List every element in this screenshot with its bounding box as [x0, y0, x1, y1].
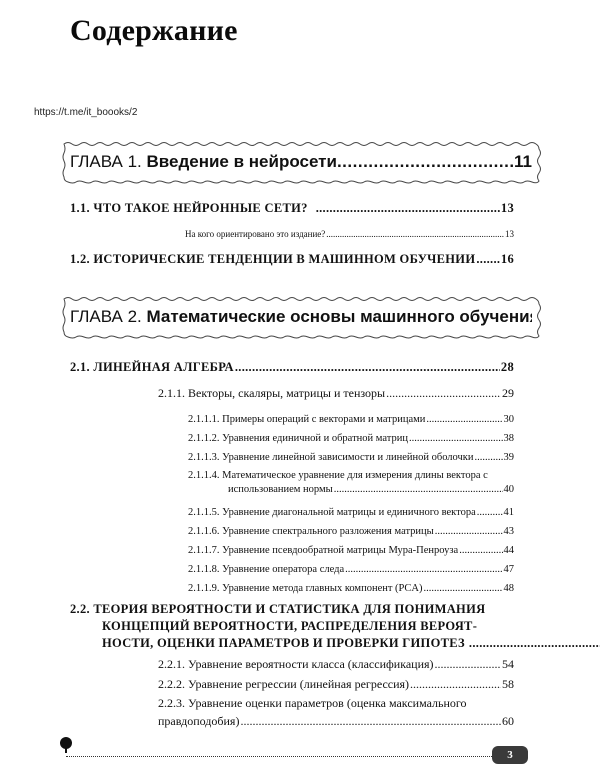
item-title-line-2: использованием нормы [228, 484, 333, 495]
url-link[interactable]: https://t.me/it_boooks/2 [34, 107, 137, 118]
toc-item-2-1-1-2[interactable]: 2.1.1.2. Уравнения единичной и обратной … [188, 433, 514, 444]
leader-dots [334, 484, 503, 495]
toc-chapter-2[interactable]: ГЛАВА 2. Математические основы машинного… [62, 296, 542, 340]
toc-item-2-1-1-1[interactable]: 2.1.1.1. Примеры операций с векторами и … [188, 414, 514, 425]
toc-item-2-1-1-3[interactable]: 2.1.1.3. Уравнение линейной зависимости … [188, 452, 514, 463]
section-page: 16 [501, 252, 514, 267]
item-page: 48 [504, 583, 515, 594]
section-page: 13 [501, 201, 514, 216]
leader-dots [316, 201, 500, 216]
leader-dots [435, 657, 501, 672]
note-page: 13 [505, 229, 514, 239]
section-title: 2.1. ЛИНЕЙНАЯ АЛГЕБРА [70, 360, 234, 375]
subsection-page: 58 [502, 677, 514, 692]
toc-section-1-1[interactable]: 1.1. ЧТО ТАКОЕ НЕЙРОННЫЕ СЕТИ?13 [70, 201, 514, 216]
subsection-title: 2.2.2. Уравнение регрессии (линейная рег… [158, 677, 409, 692]
toc-section-2-2[interactable]: 2.2. ТЕОРИЯ ВЕРОЯТНОСТИ И СТАТИСТИКА ДЛЯ… [70, 601, 514, 652]
leader-dots [326, 229, 504, 239]
toc-item-2-1-1-7[interactable]: 2.1.1.7. Уравнение псевдообратной матриц… [188, 545, 514, 556]
leader-dots [459, 545, 502, 556]
item-title: 2.1.1.7. Уравнение псевдообратной матриц… [188, 545, 458, 556]
toc-item-2-1-1-5[interactable]: 2.1.1.5. Уравнение диагональной матрицы … [188, 507, 514, 518]
section-title-line-3: НОСТИ, ОЦЕНКИ ПАРАМЕТРОВ И ПРОВЕРКИ ГИПО… [102, 635, 465, 652]
item-page: 43 [504, 526, 515, 537]
item-title: 2.1.1.6. Уравнение спектрального разложе… [188, 526, 434, 537]
item-page: 40 [504, 484, 515, 495]
leader-dots [409, 433, 503, 444]
leader-dots [435, 526, 503, 537]
chapter-title: Введение в нейросети [147, 152, 337, 172]
item-title-line-1: 2.1.1.4. Математическое уравнение для из… [188, 470, 514, 481]
page-title: Содержание [70, 14, 238, 48]
chapter-label: ГЛАВА 2. [70, 307, 142, 327]
leader-dots [240, 712, 501, 730]
item-title: 2.1.1.2. Уравнения единичной и обратной … [188, 433, 408, 444]
item-page: 39 [504, 452, 515, 463]
section-title-line-1: 2.2. ТЕОРИЯ ВЕРОЯТНОСТИ И СТАТИСТИКА ДЛЯ… [70, 601, 514, 618]
leader-dots [235, 360, 500, 375]
toc-subsection-2-2-2[interactable]: 2.2.2. Уравнение регрессии (линейная рег… [158, 677, 514, 692]
section-title-line-2: КОНЦЕПЦИЙ ВЕРОЯТНОСТИ, РАСПРЕДЕЛЕНИЯ ВЕР… [70, 618, 514, 635]
toc-item-2-1-1-9[interactable]: 2.1.1.9. Уравнение метода главных компон… [188, 583, 514, 594]
chapter-title: Математические основы машинного обучения [147, 307, 533, 327]
toc-section-1-2[interactable]: 1.2. ИСТОРИЧЕСКИЕ ТЕНДЕНЦИИ В МАШИННОМ О… [70, 252, 514, 267]
subsection-page: 29 [502, 386, 514, 401]
leader-dots: ........................................… [337, 152, 514, 172]
subsection-title: 2.2.1. Уравнение вероятности класса (кла… [158, 657, 434, 672]
toc-note-1-1[interactable]: На кого ориентировано это издание?13 [185, 229, 514, 239]
item-page: 38 [504, 433, 515, 444]
item-title: 2.1.1.3. Уравнение линейной зависимости … [188, 452, 474, 463]
section-page: 28 [501, 360, 514, 375]
item-page: 47 [504, 564, 515, 575]
leader-dots [476, 252, 500, 267]
chapter-page: 11 [514, 152, 532, 172]
toc-item-2-1-1-8[interactable]: 2.1.1.8. Уравнение оператора следа47 [188, 564, 514, 575]
toc-subsection-2-1-1[interactable]: 2.1.1. Векторы, скаляры, матрицы и тензо… [158, 386, 514, 401]
leader-dots: .... [469, 635, 600, 652]
section-title: 1.1. ЧТО ТАКОЕ НЕЙРОННЫЕ СЕТИ? [70, 201, 308, 216]
subsection-title: 2.1.1. Векторы, скаляры, матрицы и тензо… [158, 386, 385, 401]
leader-dots [345, 564, 502, 575]
toc-subsection-2-2-1[interactable]: 2.2.1. Уравнение вероятности класса (кла… [158, 657, 514, 672]
section-title: 1.2. ИСТОРИЧЕСКИЕ ТЕНДЕНЦИИ В МАШИННОМ О… [70, 252, 475, 267]
subsection-title-line-1: 2.2.3. Уравнение оценки параметров (оцен… [158, 694, 514, 712]
item-page: 44 [504, 545, 515, 556]
item-title: 2.1.1.9. Уравнение метода главных компон… [188, 583, 422, 594]
leader-dots [410, 677, 501, 692]
leader-dots [477, 507, 503, 518]
leader-dots [423, 583, 502, 594]
leader-dots [475, 452, 503, 463]
item-title: 2.1.1.1. Примеры операций с векторами и … [188, 414, 425, 425]
subsection-page: 54 [502, 657, 514, 672]
item-title: 2.1.1.8. Уравнение оператора следа [188, 564, 344, 575]
toc-subsection-2-2-3[interactable]: 2.2.3. Уравнение оценки параметров (оцен… [158, 694, 514, 730]
leader-dots [426, 414, 502, 425]
item-page: 30 [504, 414, 515, 425]
subsection-page: 60 [502, 712, 514, 730]
footer-dotted-line [66, 756, 492, 757]
note-title: На кого ориентировано это издание? [185, 229, 325, 239]
toc-section-2-1[interactable]: 2.1. ЛИНЕЙНАЯ АЛГЕБРА28 [70, 360, 514, 375]
toc-chapter-1[interactable]: ГЛАВА 1. Введение в нейросети...........… [62, 141, 542, 185]
chapter-label: ГЛАВА 1. [70, 152, 142, 172]
pin-icon [60, 737, 72, 749]
leader-dots [386, 386, 501, 401]
toc-item-2-1-1-6[interactable]: 2.1.1.6. Уравнение спектрального разложе… [188, 526, 514, 537]
subsection-title-line-2: правдоподобия) [158, 712, 239, 730]
page-number-badge: 3 [492, 746, 528, 764]
item-page: 41 [504, 507, 515, 518]
toc-item-2-1-1-4[interactable]: 2.1.1.4. Математическое уравнение для из… [188, 470, 514, 495]
item-title: 2.1.1.5. Уравнение диагональной матрицы … [188, 507, 476, 518]
